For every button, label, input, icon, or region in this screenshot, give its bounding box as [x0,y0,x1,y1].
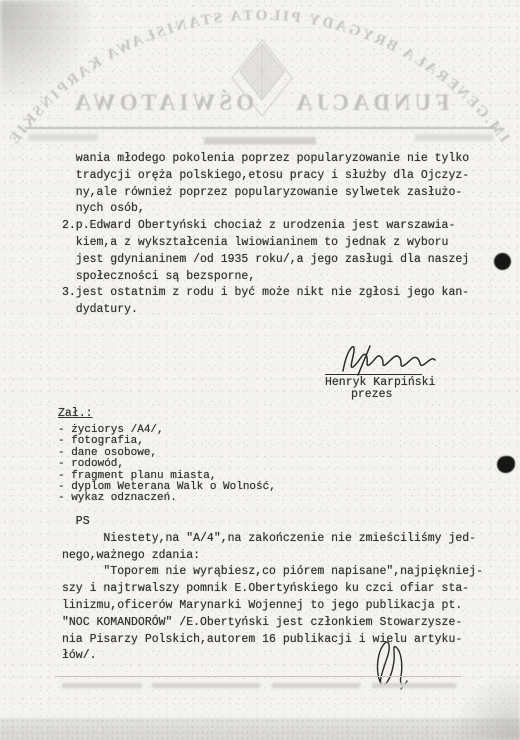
scan-noise-bottom [0,718,520,740]
illegible-footer-smudge [372,683,456,688]
letterhead-divider [25,127,496,129]
illegible-footer-smudge [62,683,142,688]
illegible-footer-smudge [152,683,260,688]
signature-block: Henryk Karpiński prezes [325,341,439,401]
illegible-footer-smudge [272,683,360,688]
attachments-heading: Zał.: [58,407,93,420]
scan-noise-bottom-right [450,670,520,740]
illegible-left-smudge [28,134,98,141]
ink-dot [497,456,515,473]
org-name-word-1: FUNDACJA [292,90,449,116]
signer-title: prezes [351,389,439,401]
ink-dot [494,253,511,270]
signer-name: Henryk Karpiński [325,374,422,389]
scanned-letter-page: IM.GENERAŁA BRYGADY PILOTA STANISŁAWA KA… [0,0,520,740]
bottom-bleed-line [55,676,461,677]
org-name-word-2: OŚWIATOWA [71,90,254,116]
illegible-right-smudge [415,134,493,141]
signature-scrawl-icon [339,341,439,377]
attachments-list: - życiorys /A4/, - fotografia, - dane os… [58,425,276,505]
illegible-address-line [204,137,316,144]
attachments-block: Zał.: - życiorys /A4/, - fotografia, - d… [58,403,276,505]
body-paragraphs: wania młodego pokolenia poprzez populary… [62,151,469,319]
org-name: FUNDACJA OŚWIATOWA [0,90,520,116]
ps-block: PS Niestety,na "A/4",na zakończenie nie … [62,514,483,665]
